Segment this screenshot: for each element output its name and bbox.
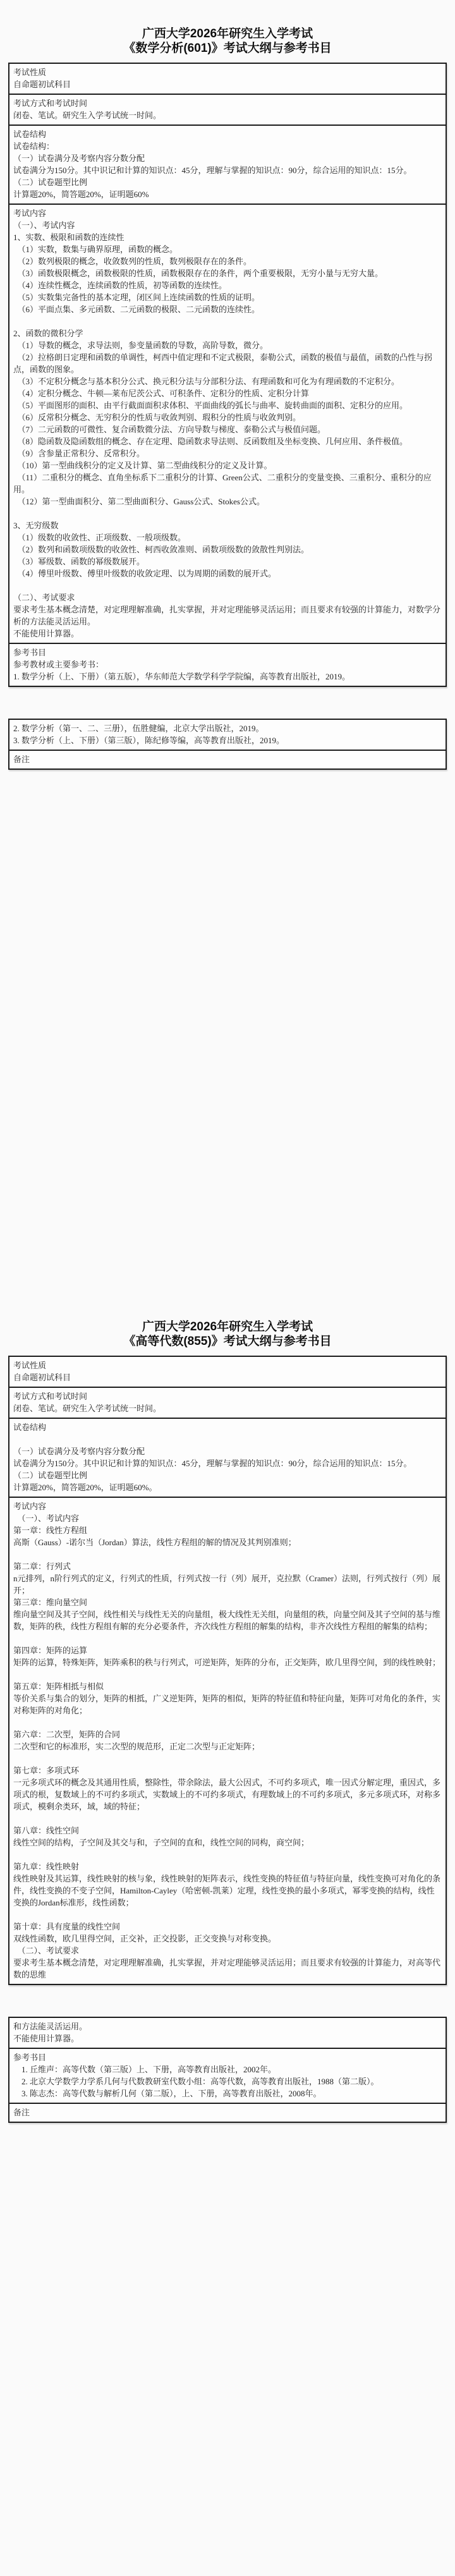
text-line: 3. 数学分析（上、下册）（第三版），陈纪修等编，高等教育出版社，2019。 <box>13 734 442 746</box>
text-line: 不能使用计算器。 <box>13 628 442 640</box>
text-line: （一）试卷满分及考察内容分数分配 <box>13 1445 442 1457</box>
text-line: （1）实数，数集与确界原理，函数的概念。 <box>13 243 442 255</box>
text-line: （2）数列和函数项级数的收敛性、柯西收敛准则、函数项级数的敛散性判别法。 <box>13 544 442 556</box>
text-line: 考试性质 <box>13 66 442 78</box>
document-title-line-1: 广西大学2026年研究生入学考试 <box>0 1320 455 1334</box>
text-line: （6）平面点集、多元函数、二元函数的极限、二元函数的连续性。 <box>13 303 442 315</box>
text-line <box>13 315 442 327</box>
page-background: { "theme": { "background_color": "#fafaf… <box>0 0 455 2576</box>
text-line: 计算题20%，简答题20%，证明题60% <box>13 188 442 200</box>
document-title-line-2: 《高等代数(855)》考试大纲与参考书目 <box>0 1334 455 1349</box>
text-line: 参考书目 <box>13 2051 442 2063</box>
text-line: 一元多项式环的概念及其通用性质，整除性，带余除法，最大公因式，不可约多项式，唯一… <box>13 1777 442 1813</box>
text-line: 2. 数学分析（第一、二、三册），伍胜健编，北京大学出版社，2019。 <box>13 722 442 734</box>
text-line <box>13 580 442 592</box>
text-line: 2. 北京大学数学力学系几何与代数教研室代数小组：高等代数，高等教育出版社，19… <box>13 2075 442 2087</box>
table-row: 参考书目参考教材或主要参考书：1. 数学分析（上、下册）（第五版），华东师范大学… <box>9 643 446 686</box>
text-line: （12）第一型曲面积分、第二型曲面积分、Gauss公式、Stokes公式。 <box>13 495 442 507</box>
text-line: （1）级数的收敛性、正项级数、一般项级数。 <box>13 532 442 544</box>
text-line <box>13 507 442 519</box>
exam-outline-table: 考试性质自命题初试科目考试方式和考试时间闭卷、笔试。研究生入学考试统一时间。试卷… <box>8 63 447 687</box>
document-title-line-2: 《数学分析(601)》考试大纲与参考书目 <box>0 41 455 56</box>
table-row: 考试方式和考试时间闭卷、笔试。研究生入学考试统一时间。 <box>9 1387 446 1418</box>
text-line <box>13 1753 442 1765</box>
table-row: 考试方式和考试时间闭卷、笔试。研究生入学考试统一时间。 <box>9 94 446 125</box>
text-line: 二次型和它的标准形，实二次型的规范形，正定二次型与正定矩阵； <box>13 1741 442 1753</box>
text-line: 试卷满分为150分。其中识记和计算的知识点：45分，理解与掌握的知识点：90分，… <box>13 1457 442 1469</box>
text-line: 第四章：矩阵的运算 <box>13 1644 442 1656</box>
table-row: 试卷结构试卷结构：（一）试卷满分及考察内容分数分配试卷满分为150分。其中识记和… <box>9 125 446 204</box>
text-line <box>13 1813 442 1825</box>
text-line: 计算题20%，简答题20%，证明题60%。 <box>13 1481 442 1493</box>
text-line: （二）试卷题型比例 <box>13 1469 442 1481</box>
text-line: 第九章：线性映射 <box>13 1861 442 1873</box>
text-line: 矩阵的运算，特殊矩阵，矩阵乘积的秩与行列式，可逆矩阵，矩阵的分布，正交矩阵，欧几… <box>13 1656 442 1668</box>
text-line: 维向量空间及其子空间，线性相关与线性无关的向量组，极大线性无关组，向量组的秩，向… <box>13 1608 442 1632</box>
text-line: 考试内容 <box>13 1500 442 1512</box>
text-line: 1. 数学分析（上、下册）（第五版），华东师范大学数学科学学院编，高等教育出版社… <box>13 671 442 683</box>
text-line: （5）平面图形的面积、由平行截面面积求体积、平面曲线的弧长与曲率、旋转曲面的面积… <box>13 399 442 411</box>
text-line: （二）试卷题型比例 <box>13 176 442 188</box>
text-line: 双线性函数，欧几里得空间，正交补，正交投影，正交变换与对称变换。 <box>13 1933 442 1945</box>
document-advanced-algebra-855: 广西大学2026年研究生入学考试 《高等代数(855)》考试大纲与参考书目 考试… <box>0 1288 455 2123</box>
text-line: 第三章：维向量空间 <box>13 1596 442 1608</box>
document-title: 广西大学2026年研究生入学考试 《数学分析(601)》考试大纲与参考书目 <box>0 0 455 56</box>
text-line: 第八章：线性空间 <box>13 1825 442 1837</box>
text-line <box>13 1909 442 1921</box>
text-line: 第十章：具有度量的线性空间 <box>13 1921 442 1933</box>
text-line: 考试内容 <box>13 207 442 219</box>
table-row: 考试内容（一）、考试内容1、实数、极限和函数的连续性 （1）实数，数集与确界原理… <box>9 204 446 643</box>
text-line: 第七章：多项式环 <box>13 1765 442 1777</box>
text-line: 第一章：线性方程组 <box>13 1524 442 1536</box>
text-line: 试卷结构： <box>13 140 442 152</box>
text-line <box>13 1433 442 1445</box>
text-line <box>13 1632 442 1644</box>
text-line: 考试方式和考试时间 <box>13 97 442 109</box>
text-line: （9）含参量正常积分、反常积分。 <box>13 447 442 459</box>
text-line: （4）傅里叶级数、傅里叶级数的收敛定理、以为周期的函数的展开式。 <box>13 568 442 580</box>
text-line: 要求考生基本概念清楚，对定理理解准确，扎实掌握，并对定理能够灵活运用；而且要求有… <box>13 1957 442 1981</box>
text-line: （一）、考试内容 <box>13 1512 442 1524</box>
text-line: （2）拉格朗日定理和函数的单调性，柯西中值定理和不定式极限，泰勒公式，函数的极值… <box>13 351 442 375</box>
text-line: 高斯（Gauss）-诺尔当（Jordan）算法，线性方程组的解的情况及其判别准则… <box>13 1536 442 1548</box>
text-line: （4）连续性概念，连续函数的性质，初等函数的连续性。 <box>13 279 442 291</box>
text-line: 等价关系与集合的划分，矩阵的相抵，广义逆矩阵，矩阵的相似，矩阵的特征值和特征向量… <box>13 1692 442 1716</box>
text-line: 试卷满分为150分。其中识记和计算的知识点：45分，理解与掌握的知识点：90分，… <box>13 164 442 176</box>
text-line <box>13 1849 442 1861</box>
table-row: 试卷结构（一）试卷满分及考察内容分数分配试卷满分为150分。其中识记和计算的知识… <box>9 1418 446 1497</box>
text-line: （1）导数的概念，求导法则，参变量函数的导数，高阶导数，微分。 <box>13 339 442 351</box>
text-line: 参考教材或主要参考书： <box>13 659 442 671</box>
text-line: 1、实数、极限和函数的连续性 <box>13 231 442 243</box>
text-line: n元排列，n阶行列式的定义，行列式的性质，行列式按一行（列）展开，克拉默（Cra… <box>13 1572 442 1596</box>
text-line: 试卷结构 <box>13 1421 442 1433</box>
table-row: 和方法能灵活运用。不能使用计算器。 <box>9 2018 446 2048</box>
text-line <box>13 1548 442 1560</box>
text-line: （3）不定积分概念与基本积分公式、换元积分法与分部积分法、有理函数和可化为有理函… <box>13 375 442 387</box>
text-line: 3. 陈志杰：高等代数与解析几何（第二版），上、下册，高等教育出版社，2008年… <box>13 2087 442 2099</box>
text-line: （3）函数极限概念，函数极限的性质，函数极限存在的条件，两个重要极限，无穷小量与… <box>13 267 442 279</box>
text-line: 自命题初试科目 <box>13 1371 442 1383</box>
text-line: （二）、考试要求 <box>13 592 442 604</box>
text-line: 自命题初试科目 <box>13 78 442 90</box>
text-line: 第二章：行列式 <box>13 1560 442 1572</box>
table-row: 备注 <box>9 750 446 769</box>
text-line: 不能使用计算器。 <box>13 2032 442 2044</box>
text-line <box>13 1716 442 1728</box>
text-line: 闭卷、笔试。研究生入学考试统一时间。 <box>13 109 442 121</box>
document-math-analysis-601: 广西大学2026年研究生入学考试 《数学分析(601)》考试大纲与参考书目 考试… <box>0 0 455 770</box>
text-line: （6）反常积分概念、无穷积分的性质与收敛判别、瑕积分的性质与收敛判别。 <box>13 411 442 423</box>
text-line: （11）二重积分的概念、直角坐标系下二重积分的计算、Green公式、二重积分的变… <box>13 471 442 495</box>
text-line: 参考书目 <box>13 647 442 659</box>
table-row: 考试性质自命题初试科目 <box>9 1357 446 1387</box>
text-line: （2）数列极限的概念，收敛数列的性质，数列极限存在的条件。 <box>13 255 442 267</box>
text-line: 试卷结构 <box>13 128 442 140</box>
exam-outline-continuation-table: 2. 数学分析（第一、二、三册），伍胜健编，北京大学出版社，2019。3. 数学… <box>8 719 447 770</box>
document-title-line-1: 广西大学2026年研究生入学考试 <box>0 27 455 41</box>
text-line: （3）幂级数、函数的幂级数展开。 <box>13 556 442 568</box>
text-line: 3、无穷级数 <box>13 519 442 532</box>
text-line: 和方法能灵活运用。 <box>13 2020 442 2032</box>
text-line: （一）试卷满分及考察内容分数分配 <box>13 152 442 164</box>
exam-outline-table: 考试性质自命题初试科目考试方式和考试时间闭卷、笔试。研究生入学考试统一时间。试卷… <box>8 1356 447 1985</box>
text-line: 闭卷、笔试。研究生入学考试统一时间。 <box>13 1402 442 1414</box>
text-line: （8）隐函数及隐函数组的概念、存在定理、隐函数求导法则、反函数组及坐标变换、几何… <box>13 435 442 447</box>
exam-outline-continuation-table: 和方法能灵活运用。不能使用计算器。参考书目 1. 丘维声：高等代数（第三版）上、… <box>8 2017 447 2123</box>
text-line: （5）实数集完备性的基本定理，闭区间上连续函数的性质的证明。 <box>13 291 442 303</box>
table-row: 2. 数学分析（第一、二、三册），伍胜健编，北京大学出版社，2019。3. 数学… <box>9 720 446 750</box>
text-line: 要求考生基本概念清楚，对定理理解准确，扎实掌握，并对定理能够灵活运用；而且要求有… <box>13 604 442 628</box>
text-line <box>13 1668 442 1680</box>
text-line: （7）二元函数的可微性、复合函数微分法、方向导数与梯度、泰勒公式与极值问题。 <box>13 423 442 435</box>
table-row: 参考书目 1. 丘维声：高等代数（第三版）上、下册，高等教育出版社，2002年。… <box>9 2048 446 2103</box>
document-title: 广西大学2026年研究生入学考试 《高等代数(855)》考试大纲与参考书目 <box>0 1288 455 1349</box>
text-line: 第六章：二次型，矩阵的合同 <box>13 1728 442 1741</box>
table-row: 考试内容 （一）、考试内容第一章：线性方程组高斯（Gauss）-诺尔当（Jord… <box>9 1497 446 1984</box>
text-line: 1. 丘维声：高等代数（第三版）上、下册，高等教育出版社，2002年。 <box>13 2063 442 2075</box>
text-line: 2、函数的微积分学 <box>13 327 442 339</box>
text-line: 考试方式和考试时间 <box>13 1390 442 1402</box>
text-line: （二）、考试要求 <box>13 1945 442 1957</box>
text-line: 备注 <box>13 2106 442 2118</box>
text-line: （4）定积分概念、牛顿—莱布尼茨公式、可积条件、定积分的性质、定积分计算 <box>13 387 442 399</box>
text-line: （10）第一型曲线积分的定义及计算、第二型曲线积分的定义及计算。 <box>13 459 442 471</box>
text-line: 线性映射及其运算，线性映射的核与象，线性映射的矩阵表示，线性变换的特征值与特征向… <box>13 1873 442 1909</box>
table-row: 考试性质自命题初试科目 <box>9 64 446 94</box>
text-line: 备注 <box>13 753 442 765</box>
text-line: （一）、考试内容 <box>13 219 442 231</box>
text-line: 线性空间的结构，子空间及其交与和，子空间的直和，线性空间的同构，商空间； <box>13 1837 442 1849</box>
text-line: 考试性质 <box>13 1359 442 1371</box>
text-line: 第五章：矩阵相抵与相似 <box>13 1680 442 1692</box>
table-row: 备注 <box>9 2103 446 2122</box>
